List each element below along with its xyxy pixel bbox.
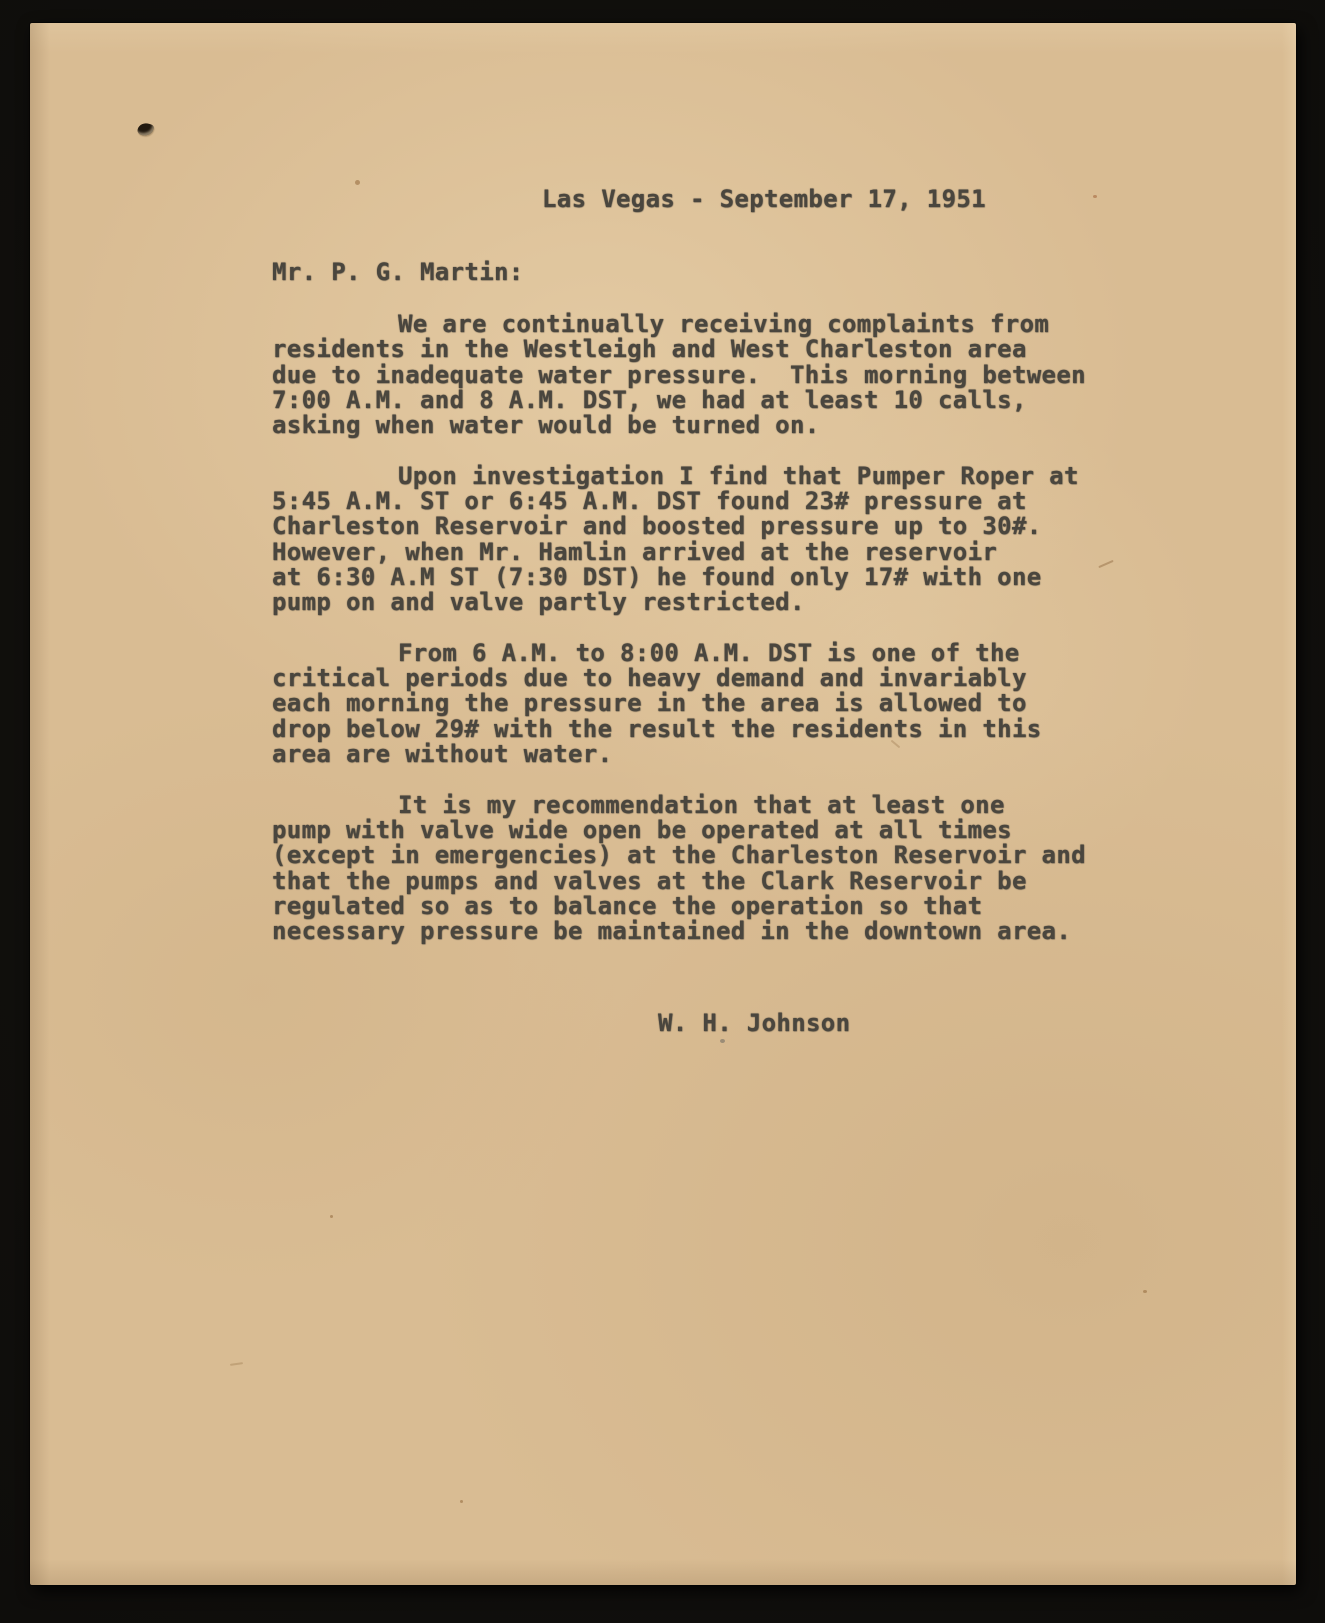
letter-line: drop below 29# with the result the resid…	[272, 717, 1132, 742]
signature: W. H. Johnson	[658, 1011, 850, 1036]
paper-speck	[460, 1500, 463, 1503]
paper-speck	[720, 1039, 725, 1043]
letter-line: (except in emergencies) at the Charlesto…	[272, 843, 1132, 868]
letter-line: 7:00 A.M. and 8 A.M. DST, we had at leas…	[272, 388, 1132, 413]
paragraph-3: From 6 A.M. to 8:00 A.M. DST is one of t…	[272, 641, 1132, 767]
letter-line: necessary pressure be maintained in the …	[272, 919, 1132, 944]
letter-line: 5:45 A.M. ST or 6:45 A.M. DST found 23# …	[272, 489, 1132, 514]
letter-line: We are continually receiving complaints …	[272, 312, 1132, 337]
letter-line: asking when water would be turned on.	[272, 413, 1132, 438]
paper-fiber	[230, 1362, 243, 1366]
paper-speck	[1143, 1290, 1147, 1293]
letter-line: Upon investigation I find that Pumper Ro…	[272, 464, 1132, 489]
letter-line: residents in the Westleigh and West Char…	[272, 337, 1132, 362]
letter-line: pump on and valve partly restricted.	[272, 590, 1132, 615]
paper-speck	[355, 180, 360, 185]
letter-line: each morning the pressure in the area is…	[272, 691, 1132, 716]
paragraph-1: We are continually receiving complaints …	[272, 312, 1132, 438]
letter-line: pump with valve wide open be operated at…	[272, 818, 1132, 843]
paper-hole	[136, 121, 154, 138]
scanner-background: Las Vegas - September 17, 1951 Mr. P. G.…	[0, 0, 1325, 1623]
paper-speck	[1093, 195, 1097, 198]
letter-line: It is my recommendation that at least on…	[272, 793, 1132, 818]
letter-line: due to inadequate water pressure. This m…	[272, 363, 1132, 388]
letter-line: Charleston Reservoir and boosted pressur…	[272, 514, 1132, 539]
letter-line: area are without water.	[272, 742, 1132, 767]
letter-line: critical periods due to heavy demand and…	[272, 666, 1132, 691]
letter-line: at 6:30 A.M ST (7:30 DST) he found only …	[272, 565, 1132, 590]
letter-line: However, when Mr. Hamlin arrived at the …	[272, 540, 1132, 565]
letter-line: that the pumps and valves at the Clark R…	[272, 869, 1132, 894]
letter-page: Las Vegas - September 17, 1951 Mr. P. G.…	[30, 23, 1296, 1585]
paper-speck	[330, 1215, 333, 1218]
paragraph-4: It is my recommendation that at least on…	[272, 793, 1132, 945]
letter-line: From 6 A.M. to 8:00 A.M. DST is one of t…	[272, 641, 1132, 666]
letter-line: regulated so as to balance the operation…	[272, 894, 1132, 919]
date-line: Las Vegas - September 17, 1951	[542, 187, 986, 212]
letter-body: We are continually receiving complaints …	[272, 312, 1132, 944]
salutation: Mr. P. G. Martin:	[272, 260, 524, 285]
paragraph-2: Upon investigation I find that Pumper Ro…	[272, 464, 1132, 616]
